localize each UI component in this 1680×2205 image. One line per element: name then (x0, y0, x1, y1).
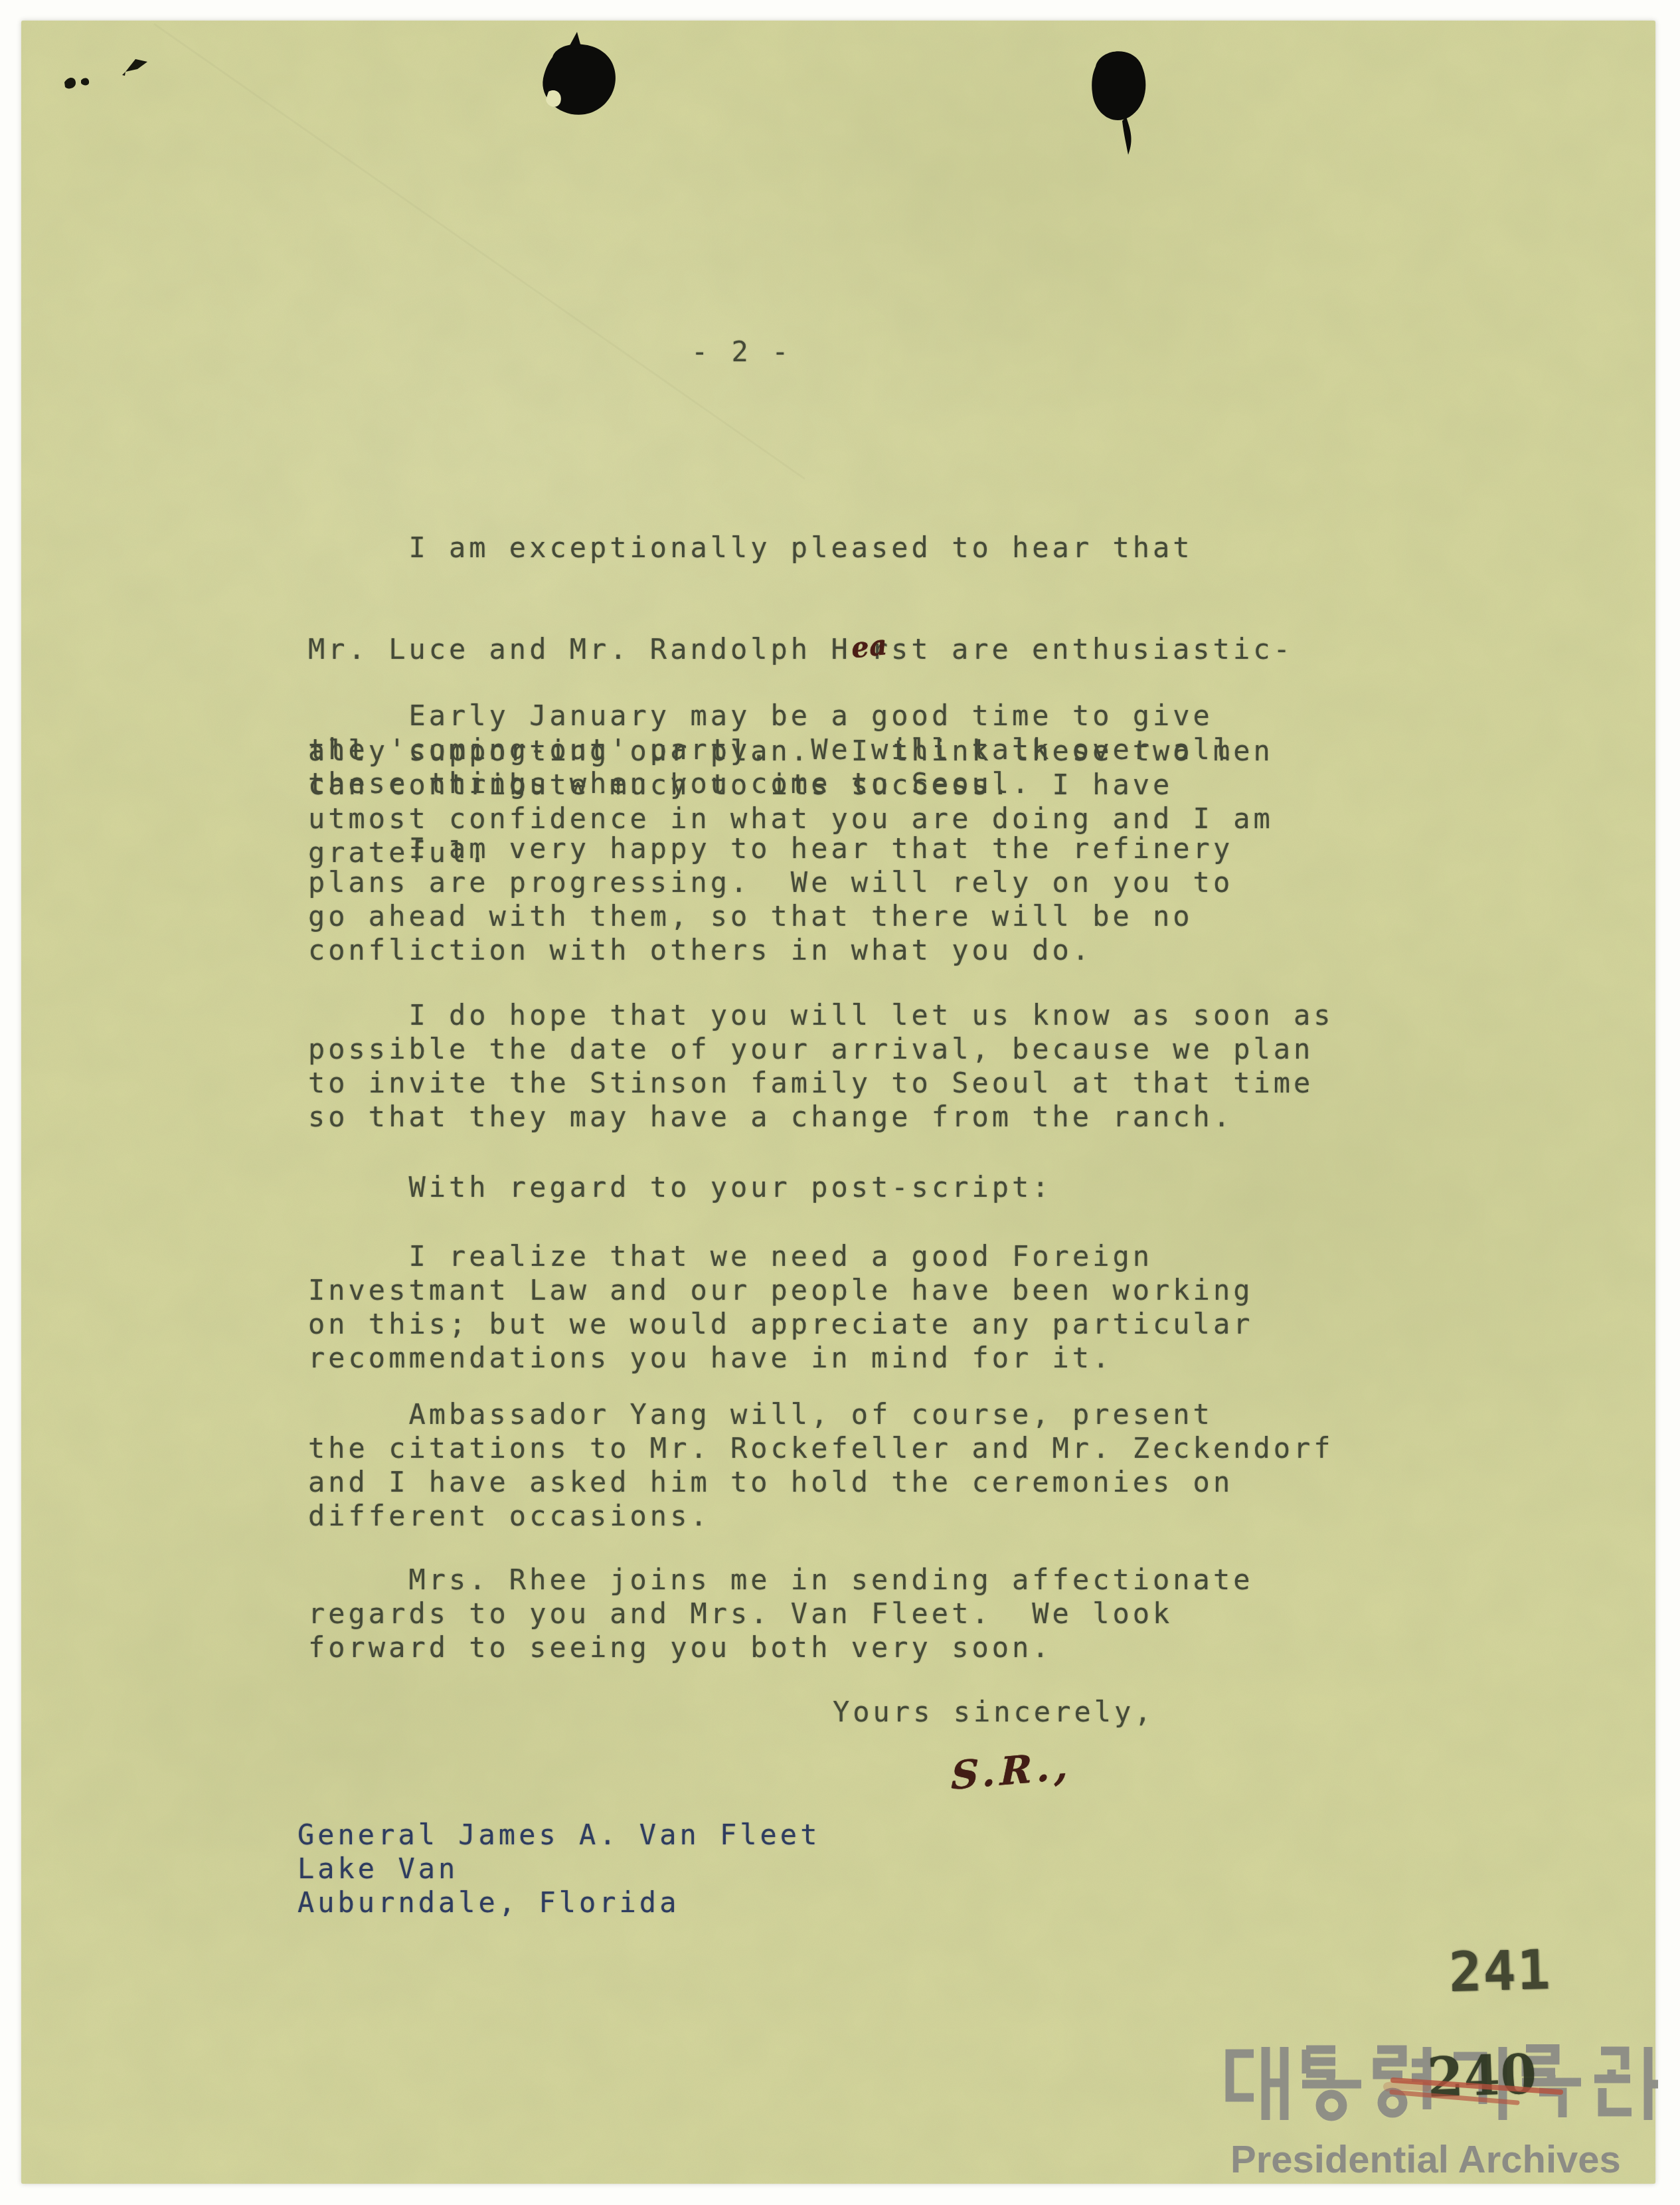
scanned-letter-page: { "letter": { "page_number": "- 2 -", "p… (0, 0, 1680, 2205)
closing-line: Yours sincerely, (833, 1695, 1155, 1729)
paragraph-1-line-1: I am exceptionally pleased to hear that (308, 531, 1477, 565)
paragraph-2: Early January may be a good time to give… (308, 699, 1477, 800)
page-number: - 2 - (691, 335, 792, 369)
paragraph-7: Ambassador Yang will, of course, present… (308, 1397, 1477, 1533)
archives-watermark-english: Presidential Archives (1230, 2140, 1621, 2180)
page-number-stamp-lower: 240 (1426, 2047, 1538, 2105)
paragraph-1-line-2-after: rst are enthusiastic- (871, 633, 1294, 665)
paragraph-1-line-2: Mr. Luce and Mr. Randolph Hearst are ent… (308, 632, 1477, 666)
paragraph-6: I realize that we need a good Foreign In… (308, 1239, 1477, 1375)
paragraph-5: With regard to your post-script: (308, 1170, 1477, 1204)
paragraph-3: I am very happy to hear that the refiner… (308, 832, 1477, 967)
paragraph-4: I do hope that you will let us know as s… (308, 998, 1477, 1134)
handwritten-signature: S.R., (951, 1745, 1073, 1796)
paragraph-8: Mrs. Rhee joins me in sending affectiona… (308, 1563, 1477, 1664)
recipient-address-block: General James A. Van Fleet Lake Van Aubu… (297, 1818, 1466, 1919)
handwritten-correction: ea (849, 630, 873, 665)
paragraph-1-line-2-before: Mr. Luce and Mr. Randolph H (308, 633, 851, 665)
page-number-stamp-upper: 241 (1448, 1943, 1552, 2000)
